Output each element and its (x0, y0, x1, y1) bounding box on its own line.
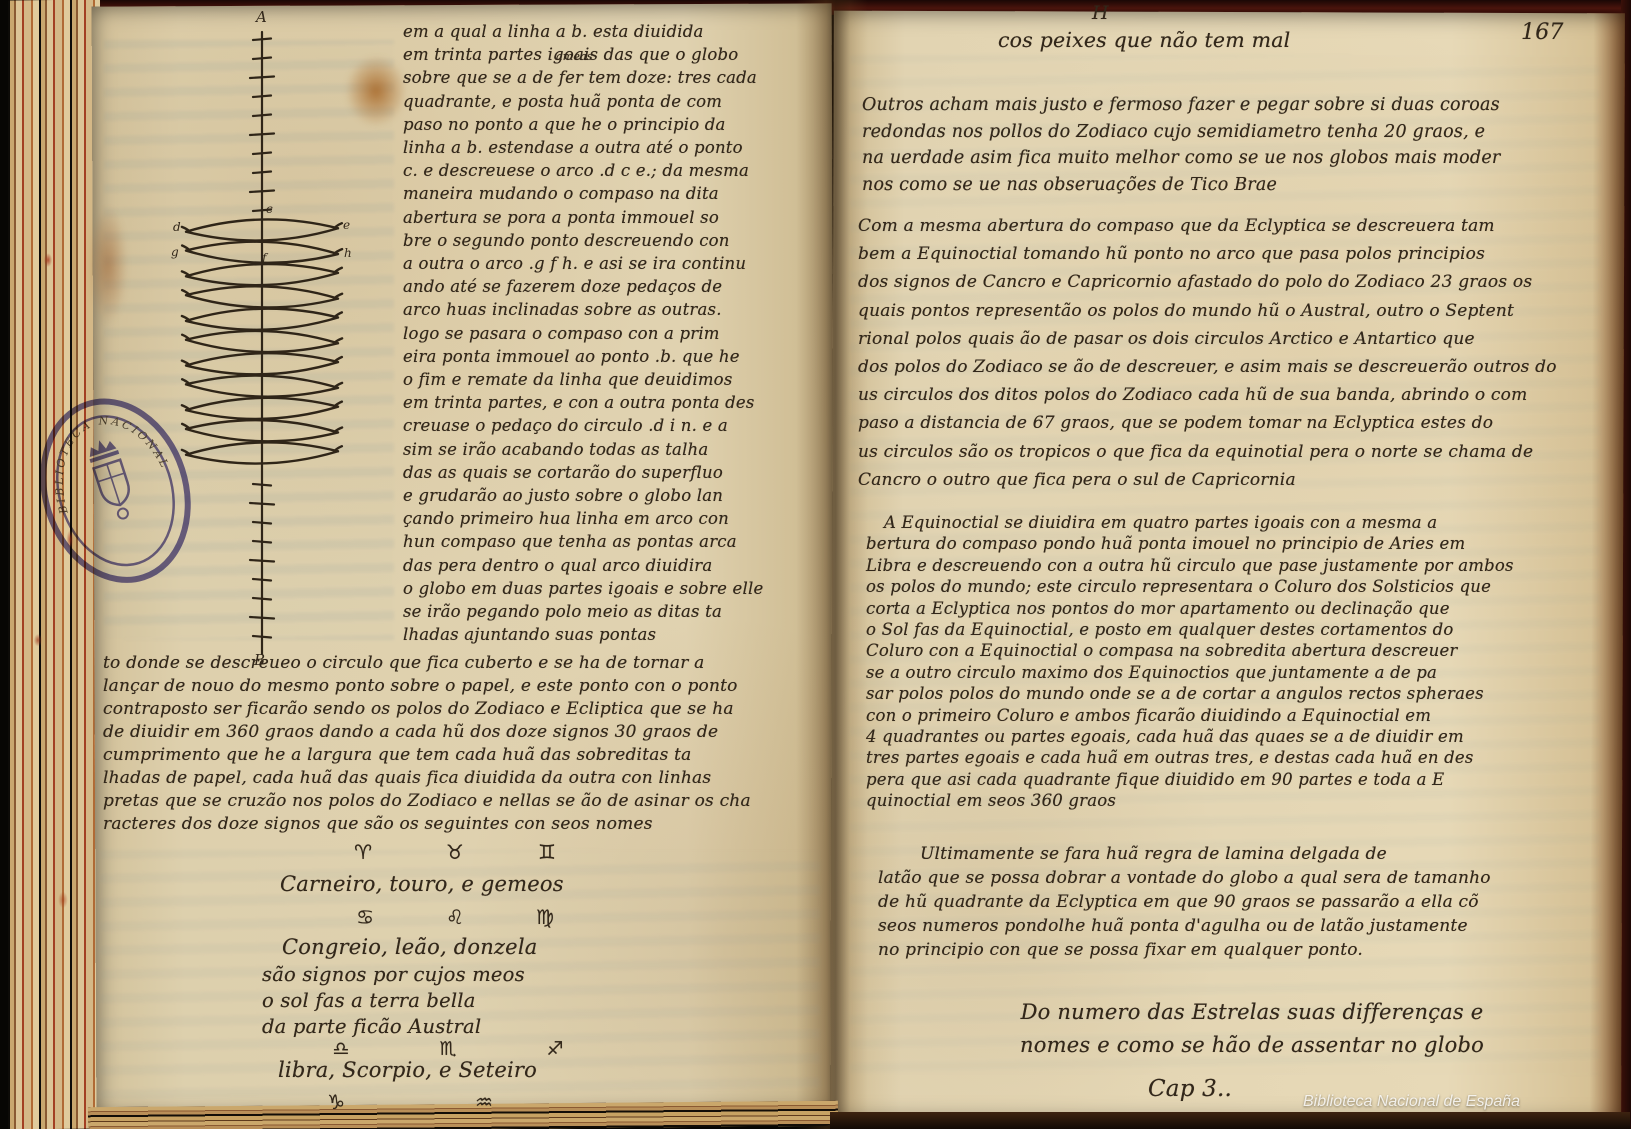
chapter-number: Cap 3.. (1148, 1076, 1232, 1102)
right-paragraph-2: Com a mesma abertura do compaso que da E… (858, 212, 1608, 494)
left-column-text: em a qual a linha a b. esta diuidida em … (403, 20, 835, 646)
virgo-icon: ♍ (536, 905, 554, 929)
margin-smudge (88, 205, 128, 325)
chapter-heading: Do numero das Estrelas suas differenças … (972, 996, 1532, 1062)
library-watermark: Biblioteca Nacional de España (1303, 1093, 1520, 1111)
zodiac-symbols-row1: ♈ ♉ ♊ (255, 840, 655, 864)
gemini-icon: ♊ (538, 840, 556, 864)
diagram-label-e: e (343, 218, 350, 232)
right-paragraph-3: A Equinoctial se diuidira em quatro part… (866, 512, 1610, 812)
header-mark: H (1092, 2, 1109, 24)
running-title: cos peixes que não tem mal (998, 28, 1290, 52)
zodiac-note-lines: são signos por cujos meos o sol fas a te… (262, 962, 662, 1040)
diagram-label-d: d (173, 220, 181, 234)
zodiac-symbols-row2: ♋ ♌ ♍ (255, 905, 655, 929)
scorpio-icon: ♏ (439, 1038, 456, 1060)
zodiac-names-row3: libra, Scorpio, e Seteiro (278, 1058, 698, 1082)
manuscript-scan: A c d e g f h B BIBLIOTECA NACIONAL em a… (0, 0, 1631, 1129)
interlinear-insertion: ameas (556, 50, 593, 63)
zodiac-names-row2: Congreio, leão, donzela (282, 935, 682, 959)
diagram-label-a: A (254, 8, 267, 26)
zodiac-symbols-row4: ♑ ♒ (250, 1090, 570, 1114)
stamp-crown-icon (85, 436, 119, 463)
diagram-label-c: c (266, 202, 273, 216)
right-paragraph-1: Outros acham mais justo e fermoso fazer … (862, 92, 1604, 198)
diagram-label-g: g (171, 245, 179, 259)
zodiac-symbols-row3: ♎ ♏ ♐ (248, 1038, 648, 1060)
diagram-label-h: h (344, 246, 352, 260)
folio-number: 167 (1521, 20, 1564, 45)
taurus-icon: ♉ (446, 840, 464, 864)
libra-icon: ♎ (332, 1038, 349, 1060)
capricorn-icon: ♑ (327, 1090, 345, 1114)
aries-icon: ♈ (354, 840, 372, 864)
right-paragraph-4: Ultimamente se fara huã regra de lamina … (878, 842, 1604, 962)
bottom-shadow (830, 1112, 1630, 1129)
cancer-icon: ♋ (356, 905, 374, 929)
left-fullwidth-text: to donde se descreueo o circulo que fica… (103, 652, 841, 836)
aquarius-icon: ♒ (475, 1090, 493, 1114)
zodiac-names-row1: Carneiro, touro, e gemeos (280, 872, 680, 896)
sagittarius-icon: ♐ (547, 1038, 564, 1060)
leo-icon: ♌ (446, 905, 464, 929)
